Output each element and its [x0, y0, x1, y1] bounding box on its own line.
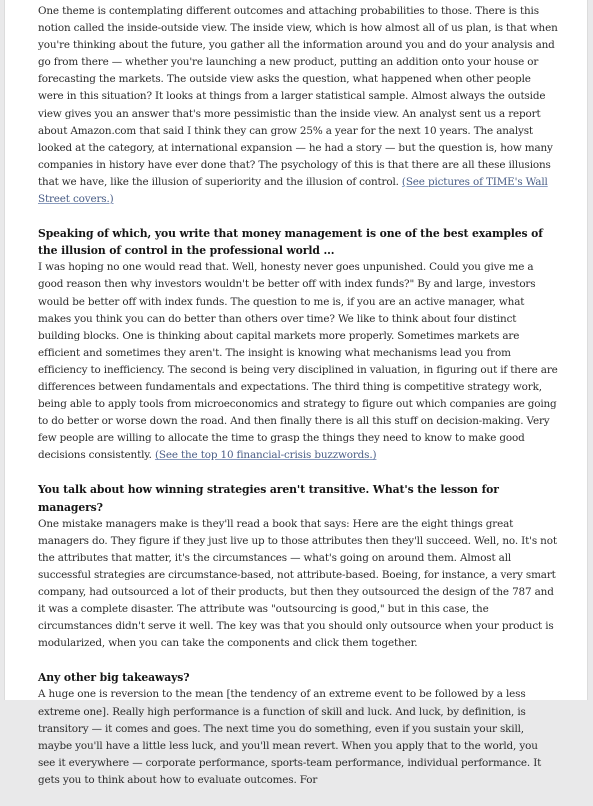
qa-section-illusion-of-control: Speaking of which, you write that money …: [38, 225, 558, 464]
intro-paragraph-text: One theme is contemplating different out…: [38, 5, 558, 188]
question-heading: You talk about how winning strategies ar…: [38, 481, 558, 515]
article-body: One theme is contemplating different out…: [38, 3, 558, 700]
question-heading: Any other big takeaways?: [38, 669, 558, 686]
financial-crisis-buzzwords-link[interactable]: (See the top 10 financial-crisis buzzwor…: [155, 449, 376, 461]
answer-paragraph: I was hoping no one would read that. Wel…: [38, 259, 558, 464]
answer-text: I was hoping no one would read that. Wel…: [38, 261, 558, 461]
document-page: One theme is contemplating different out…: [4, 0, 588, 700]
qa-section-big-takeaways: Any other big takeaways? A huge one is r…: [38, 669, 558, 700]
answer-paragraph: A huge one is reversion to the mean [the…: [38, 686, 558, 700]
intro-paragraph: One theme is contemplating different out…: [38, 3, 558, 208]
qa-section-winning-strategies: You talk about how winning strategies ar…: [38, 481, 558, 652]
answer-paragraph: One mistake managers make is they'll rea…: [38, 516, 558, 653]
question-heading: Speaking of which, you write that money …: [38, 225, 558, 259]
